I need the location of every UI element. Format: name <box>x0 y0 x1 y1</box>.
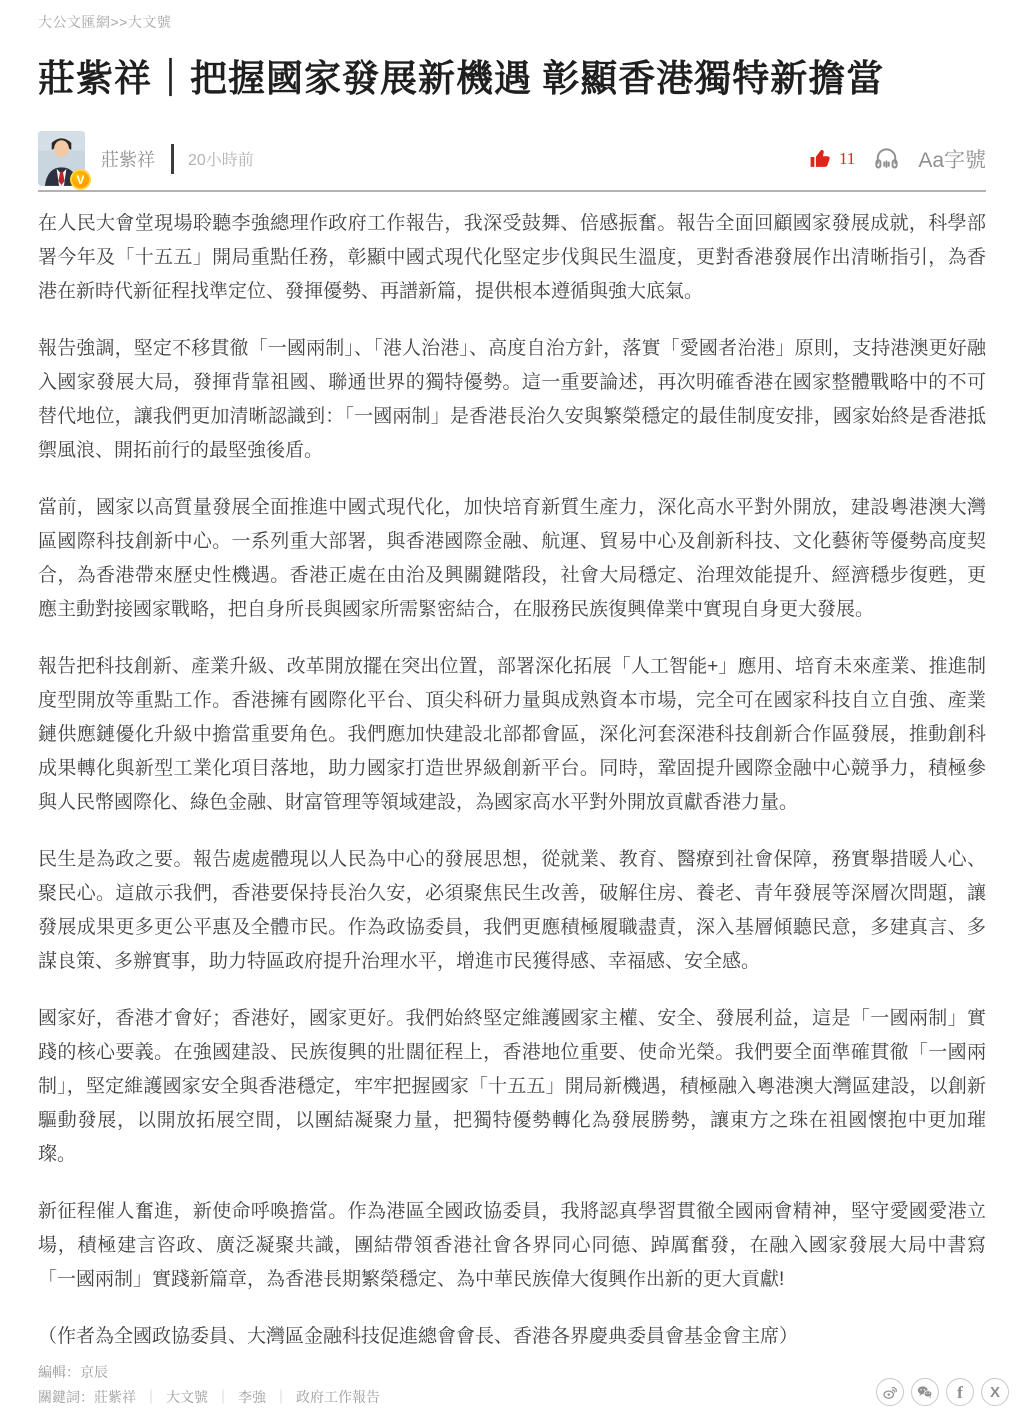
like-count: 11 <box>839 149 855 169</box>
share-wechat-button[interactable] <box>911 1378 939 1406</box>
keywords-line: 關鍵詞：莊紫祥｜大文號｜李強｜政府工作報告 <box>38 1385 380 1410</box>
author-name[interactable]: 莊紫祥 <box>101 146 155 172</box>
author-separator <box>171 144 174 174</box>
font-size-button[interactable]: Aa字號 <box>918 144 986 174</box>
listen-button[interactable] <box>873 145 900 172</box>
keyword-separator: ｜ <box>266 1389 296 1405</box>
author-note: （作者為全國政協委員、大灣區金融科技促進總會會長、香港各界慶典委員會基金會主席） <box>38 1320 986 1354</box>
editor-line: 編輯：京辰 <box>38 1360 380 1385</box>
wechat-icon <box>916 1383 934 1401</box>
breadcrumb-section-link[interactable]: 大文號 <box>128 14 172 30</box>
keyword-link[interactable]: 李強 <box>238 1389 266 1405</box>
keyword-separator: ｜ <box>208 1389 238 1405</box>
facebook-icon: f <box>957 1384 963 1401</box>
author-row: V 莊紫祥 20小時前 11 Aa字號 <box>38 130 986 187</box>
publish-time: 20小時前 <box>188 147 254 170</box>
paragraph: 在人民大會堂現場聆聽李強總理作政府工作報告，我深受鼓舞、倍感振奮。報告全面回顧國… <box>38 207 986 309</box>
paragraph: 報告把科技創新、產業升級、改革開放擺在突出位置，部署深化拓展「人工智能+」應用、… <box>38 650 986 820</box>
paragraph: 國家好，香港才會好；香港好，國家更好。我們始終堅定維護國家主權、安全、發展利益，… <box>38 1002 986 1172</box>
breadcrumb: 大公文匯網>>大文號 <box>0 0 1023 32</box>
paragraph: 民生是為政之要。報告處處體現以人民為中心的發展思想，從就業、教育、醫療到社會保障… <box>38 843 986 979</box>
keyword-link[interactable]: 莊紫祥 <box>94 1389 136 1405</box>
keyword-link[interactable]: 政府工作報告 <box>296 1389 380 1405</box>
article-footer: 編輯：京辰 關鍵詞：莊紫祥｜大文號｜李強｜政府工作報告 <box>38 1360 380 1410</box>
keywords-label: 關鍵詞： <box>38 1389 94 1405</box>
share-facebook-button[interactable]: f <box>946 1378 974 1406</box>
x-icon: X <box>990 1385 1000 1400</box>
verified-badge: V <box>70 169 91 190</box>
article-page: 大公文匯網>>大文號 莊紫祥｜把握國家發展新機遇 彰顯香港獨特新擔當 V 莊紫祥… <box>0 0 1023 1418</box>
headphones-icon <box>873 145 900 172</box>
paragraph: 報告強調，堅定不移貫徹「一國兩制」、「港人治港」、高度自治方針，落實「愛國者治港… <box>38 332 986 468</box>
paragraph: 新征程催人奮進，新使命呼喚擔當。作為港區全國政協委員，我將認真學習貫徹全國兩會精… <box>38 1195 986 1297</box>
editor-label: 編輯： <box>38 1364 80 1380</box>
breadcrumb-separator: >> <box>111 14 128 30</box>
thumbs-up-icon <box>808 146 833 171</box>
page-title: 莊紫祥｜把握國家發展新機遇 彰顯香港獨特新擔當 <box>38 58 986 102</box>
font-size-label: Aa字號 <box>918 144 986 174</box>
avatar[interactable]: V <box>38 131 85 186</box>
like-button[interactable]: 11 <box>808 146 855 171</box>
keyword-link[interactable]: 大文號 <box>166 1389 208 1405</box>
share-x-button[interactable]: X <box>981 1378 1009 1406</box>
editor-name: 京辰 <box>80 1364 108 1380</box>
share-bar: f X <box>876 1378 1009 1406</box>
article-actions: 11 Aa字號 <box>808 144 986 174</box>
paragraph: 當前，國家以高質量發展全面推進中國式現代化，加快培育新質生產力，深化高水平對外開… <box>38 491 986 627</box>
article-body: 在人民大會堂現場聆聽李強總理作政府工作報告，我深受鼓舞、倍感振奮。報告全面回顧國… <box>38 207 986 1354</box>
keyword-separator: ｜ <box>136 1389 166 1405</box>
weibo-icon <box>882 1384 899 1401</box>
share-weibo-button[interactable] <box>876 1378 904 1406</box>
header-divider <box>38 190 986 192</box>
breadcrumb-site-link[interactable]: 大公文匯網 <box>38 14 111 30</box>
